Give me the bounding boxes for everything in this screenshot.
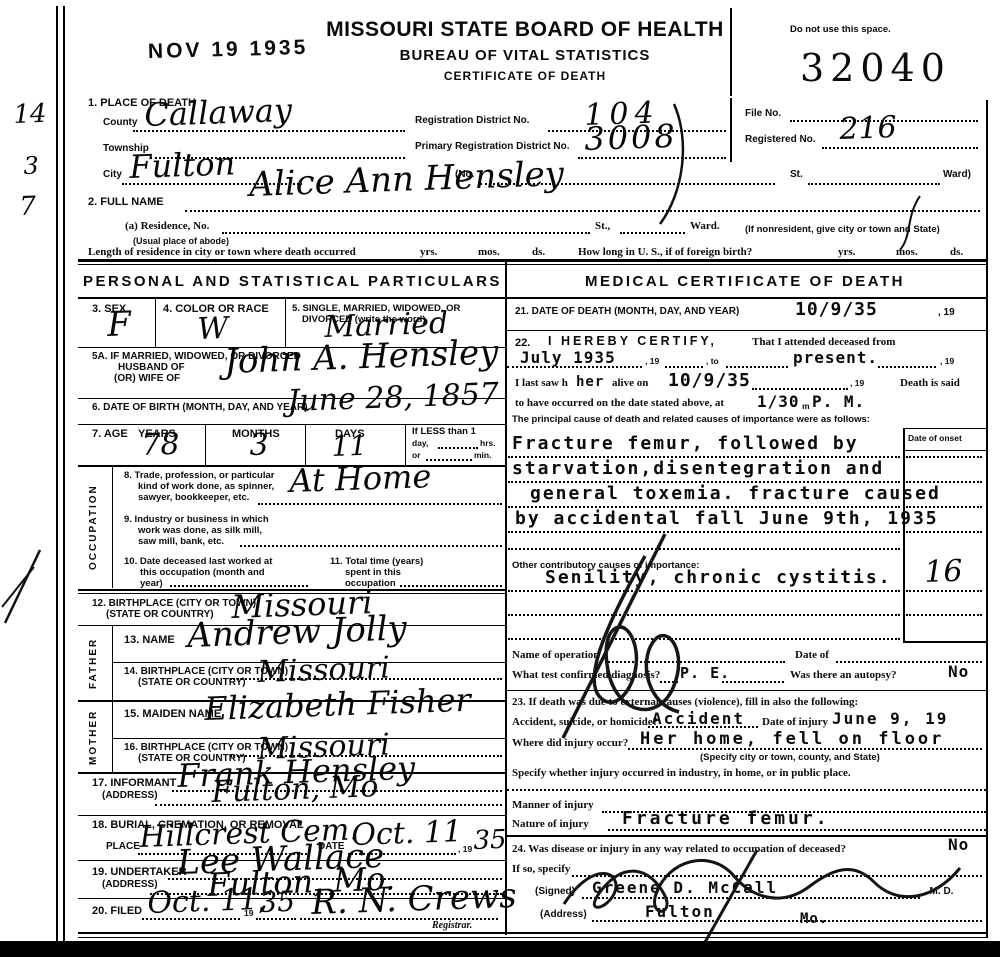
- industry-label3: saw mill, bank, etc.: [138, 536, 224, 547]
- filed-year-value: 35: [259, 885, 296, 919]
- informant-address-label: (ADDRESS): [102, 790, 158, 801]
- spouse-label2: HUSBAND OF: [118, 362, 185, 373]
- section-divider: [78, 259, 986, 262]
- total-time-blank: [400, 585, 502, 587]
- onset-rule: [906, 614, 982, 616]
- pen-stroke: [890, 192, 930, 254]
- comma-19: , 19: [850, 378, 864, 388]
- row-divider: [507, 330, 986, 331]
- age-label: 7. AGE: [92, 428, 128, 440]
- days-value: 11: [331, 429, 368, 463]
- yrs-label: yrs.: [838, 246, 855, 258]
- injury-date-label: Date of injury: [762, 716, 828, 728]
- registrar-label: Registrar.: [432, 920, 472, 931]
- abode-note: (Usual place of abode): [133, 236, 229, 246]
- mother-side-label: MOTHER: [88, 704, 99, 770]
- cell-divider: [205, 424, 206, 465]
- death-certificate-document: 14 3 7 NOV 19 1935 MISSOURI STATE BOARD …: [0, 0, 1000, 957]
- min-label: min.: [474, 450, 491, 460]
- date-of-onset-label: Date of onset: [908, 433, 962, 443]
- registration-district-label: Registration District No.: [415, 115, 529, 126]
- primary-district-label: Primary Registration District No.: [415, 141, 569, 152]
- specify-city-note: (Specify city or town, county, and State…: [700, 752, 880, 763]
- how-long-us-label: How long in U. S., if of foreign birth?: [578, 246, 752, 258]
- date-of-death-value: 10/9/35: [795, 299, 878, 320]
- ds-label: ds.: [532, 246, 545, 258]
- full-name-blank: [185, 210, 980, 212]
- scan-margin-rule: [63, 6, 65, 944]
- years-value: 78: [141, 427, 180, 463]
- margin-pencil-strokes: [0, 545, 50, 630]
- trade-blank: [258, 503, 502, 505]
- certify-rest-label: That I attended deceased from: [752, 336, 895, 348]
- form-right-edge-rule: [986, 100, 988, 938]
- county-value: Callaway: [144, 91, 293, 134]
- death-said-label: Death is said: [900, 377, 960, 389]
- onset-box-bottom: [903, 641, 986, 643]
- county-blank: [133, 130, 405, 132]
- less-than-label: If LESS than 1: [412, 426, 476, 437]
- scan-edge-band: [0, 941, 1000, 957]
- manner-of-injury-label: Manner of injury: [512, 799, 594, 811]
- her-typed: her: [576, 374, 604, 390]
- certify-bold-label: I HEREBY CERTIFY,: [548, 334, 717, 348]
- residence-st-blank: [620, 232, 685, 234]
- residence-st-label: St.,: [595, 220, 610, 232]
- received-date-stamp: NOV 19 1935: [148, 36, 309, 64]
- board-title: MISSOURI STATE BOARD OF HEALTH: [320, 18, 730, 42]
- less-than-day-label: day,: [412, 438, 428, 448]
- occupation-side-label: OCCUPATION: [88, 468, 99, 586]
- specify-note: Specify whether injury occurred in indus…: [512, 767, 851, 779]
- certificate-number: 32040: [800, 46, 951, 90]
- hrs-label: hrs.: [480, 438, 496, 448]
- last-worked-label2: this occupation (month and: [140, 567, 265, 578]
- residence-blank: [222, 232, 590, 234]
- comma-19: , 19: [940, 356, 954, 366]
- burial-year-prefix: , 19: [458, 844, 472, 854]
- operation-date-label: Date of: [795, 649, 829, 661]
- industry-label: 9. Industry or business in which: [124, 514, 269, 525]
- bottom-rule: [78, 932, 986, 934]
- informant-address-blank: [155, 804, 502, 806]
- trade-value: At Home: [289, 457, 432, 500]
- principal-cause-label: The principal cause of death and related…: [512, 414, 870, 425]
- side-label-divider: [112, 700, 113, 772]
- do-not-use-note: Do not use this space.: [790, 24, 891, 35]
- attended-from-value: July 1935: [520, 348, 616, 367]
- mos-label: mos.: [896, 246, 918, 258]
- autopsy-label: Was there an autopsy?: [790, 669, 896, 681]
- cause-line-3: general toxemia. fracture caused: [530, 483, 941, 504]
- ward-label: Ward): [943, 169, 971, 180]
- street-label: St.: [790, 169, 803, 180]
- burial-year-value: 35: [473, 825, 507, 856]
- alive-on-label: alive on: [612, 377, 648, 389]
- informant-label: 17. INFORMANT: [92, 777, 176, 789]
- margin-mark: 14: [13, 99, 47, 130]
- full-name-value: Alice Ann Hensley: [249, 154, 565, 205]
- father-name-label: 13. NAME: [124, 634, 175, 646]
- county-label: County: [103, 117, 137, 128]
- onset-box-headline: [903, 450, 986, 451]
- onset-rule: [906, 590, 982, 592]
- residence-ward-label: Ward.: [690, 220, 720, 232]
- primary-district-value: 3008: [584, 117, 679, 158]
- onset-box-left: [903, 428, 905, 642]
- sex-value: F: [107, 304, 132, 345]
- city-value: Fulton: [129, 144, 236, 186]
- onset-rule: [906, 531, 982, 533]
- filed-label: 20. FILED: [92, 905, 142, 917]
- autopsy-value: No: [948, 662, 969, 681]
- blank: [726, 366, 788, 368]
- yrs-label: yrs.: [420, 246, 437, 258]
- cell-divider: [155, 298, 156, 347]
- trade-label: 8. Trade, profession, or particular: [124, 470, 274, 481]
- dob-label: 6. DATE OF BIRTH (MONTH, DAY, AND YEAR): [92, 402, 308, 413]
- where-blank: [628, 748, 982, 750]
- months-value: 3: [249, 427, 269, 463]
- personal-section-header: PERSONAL AND STATISTICAL PARTICULARS: [80, 273, 505, 290]
- spouse-label3: (OR) WIFE OF: [114, 373, 180, 384]
- nature-blank: [608, 829, 986, 831]
- scan-margin-rule: [56, 6, 58, 944]
- comma-19: , 19: [645, 356, 659, 366]
- ds-label: ds.: [950, 246, 963, 258]
- registered-no-value: 216: [839, 110, 897, 147]
- full-name-label: 2. FULL NAME: [88, 196, 164, 208]
- occurred-label: to have occurred on the date stated abov…: [515, 397, 724, 409]
- onset-box-top: [903, 428, 986, 429]
- injury-date-value: June 9, 19: [832, 709, 948, 728]
- margin-mark: 3: [23, 151, 39, 180]
- medical-section-header: MEDICAL CERTIFICATE OF DEATH: [510, 273, 980, 290]
- residence-label: (a) Residence, No.: [125, 220, 209, 232]
- nature-of-injury-label: Nature of injury: [512, 818, 589, 830]
- ampm-value: P. M.: [812, 392, 865, 411]
- total-time-label2: spent in this: [345, 567, 401, 578]
- row-divider: [78, 424, 506, 425]
- nature-of-injury-value: Fracture femur.: [622, 808, 830, 829]
- trade-label3: sawyer, bookkeeper, etc.: [138, 492, 249, 503]
- dob-value: June 28, 1857: [287, 377, 500, 419]
- attended-from-blank: [507, 366, 642, 368]
- blank: [878, 366, 936, 368]
- last-saw-label: I last saw h: [515, 377, 568, 389]
- to-label: , to: [706, 356, 719, 366]
- burial-place-label: PLACE: [106, 841, 140, 852]
- section-dotted-rule: [507, 789, 986, 791]
- last-saw-value: 10/9/35: [668, 370, 751, 391]
- blank: [752, 388, 848, 390]
- side-label-divider: [112, 465, 113, 588]
- min-blank: [426, 459, 472, 461]
- attended-to-value: present.: [793, 348, 878, 367]
- time-of-death-value: 1/30: [757, 392, 800, 411]
- mos-label: mos.: [478, 246, 500, 258]
- cause-line-1: Fracture femur, followed by: [512, 433, 859, 454]
- industry-blank: [240, 545, 502, 547]
- cause-line-4: by accidental fall June 9th, 1935: [515, 508, 939, 529]
- section-divider: [78, 264, 986, 265]
- filed-year-blank: [256, 918, 296, 920]
- street-blank: [808, 183, 940, 185]
- father-name-value: Andrew Jolly: [187, 608, 408, 656]
- hrs-blank: [438, 447, 478, 449]
- registered-no-blank: [822, 147, 978, 149]
- bureau-subtitle: BUREAU OF VITAL STATISTICS: [320, 47, 730, 64]
- margin-mark: 7: [19, 191, 37, 222]
- cell-divider: [305, 424, 306, 465]
- length-residence-label: Length of residence in city or town wher…: [88, 246, 356, 258]
- certificate-subtitle: CERTIFICATE OF DEATH: [320, 69, 730, 83]
- undertaker-label: 19. UNDERTAKER: [92, 866, 187, 878]
- onset-rule: [906, 456, 982, 458]
- filed-date-blank: [142, 918, 240, 920]
- trade-label2: kind of work done, as spinner,: [138, 481, 274, 492]
- header-divider: [730, 8, 732, 96]
- date-of-death-label: 21. DATE OF DEATH (MONTH, DAY, AND YEAR): [515, 306, 739, 317]
- registrar-signature: R. N. Crews: [311, 876, 518, 923]
- bottom-rule: [78, 937, 986, 938]
- onset-note-value: 16: [924, 554, 963, 590]
- father-birthplace-blank: [230, 678, 502, 680]
- industry-label2: work was done, as silk mill,: [138, 525, 262, 536]
- father-side-label: FATHER: [88, 629, 99, 697]
- filed-year-prefix: 19: [244, 908, 253, 918]
- last-worked-label3: year): [140, 578, 163, 589]
- pen-flourish-scrawl: [545, 528, 735, 743]
- spouse-value: John A. Hensley: [224, 332, 499, 382]
- file-box-divider: [730, 98, 732, 162]
- mother-name-value: Elizabeth Fisher: [204, 681, 472, 728]
- city-label: City: [103, 169, 122, 180]
- m-label: m: [802, 401, 810, 411]
- registered-no-label: Registered No.: [745, 134, 816, 145]
- last-worked-label: 10. Date deceased last worked at: [124, 556, 272, 567]
- file-no-label: File No.: [745, 108, 781, 119]
- cause-line-2: starvation,disentegration and: [512, 458, 884, 479]
- blank: [665, 366, 703, 368]
- total-time-label: 11. Total time (years): [330, 556, 423, 567]
- date-of-death-suffix: , 19: [938, 307, 955, 318]
- physician-signature-scrawl: [552, 832, 982, 947]
